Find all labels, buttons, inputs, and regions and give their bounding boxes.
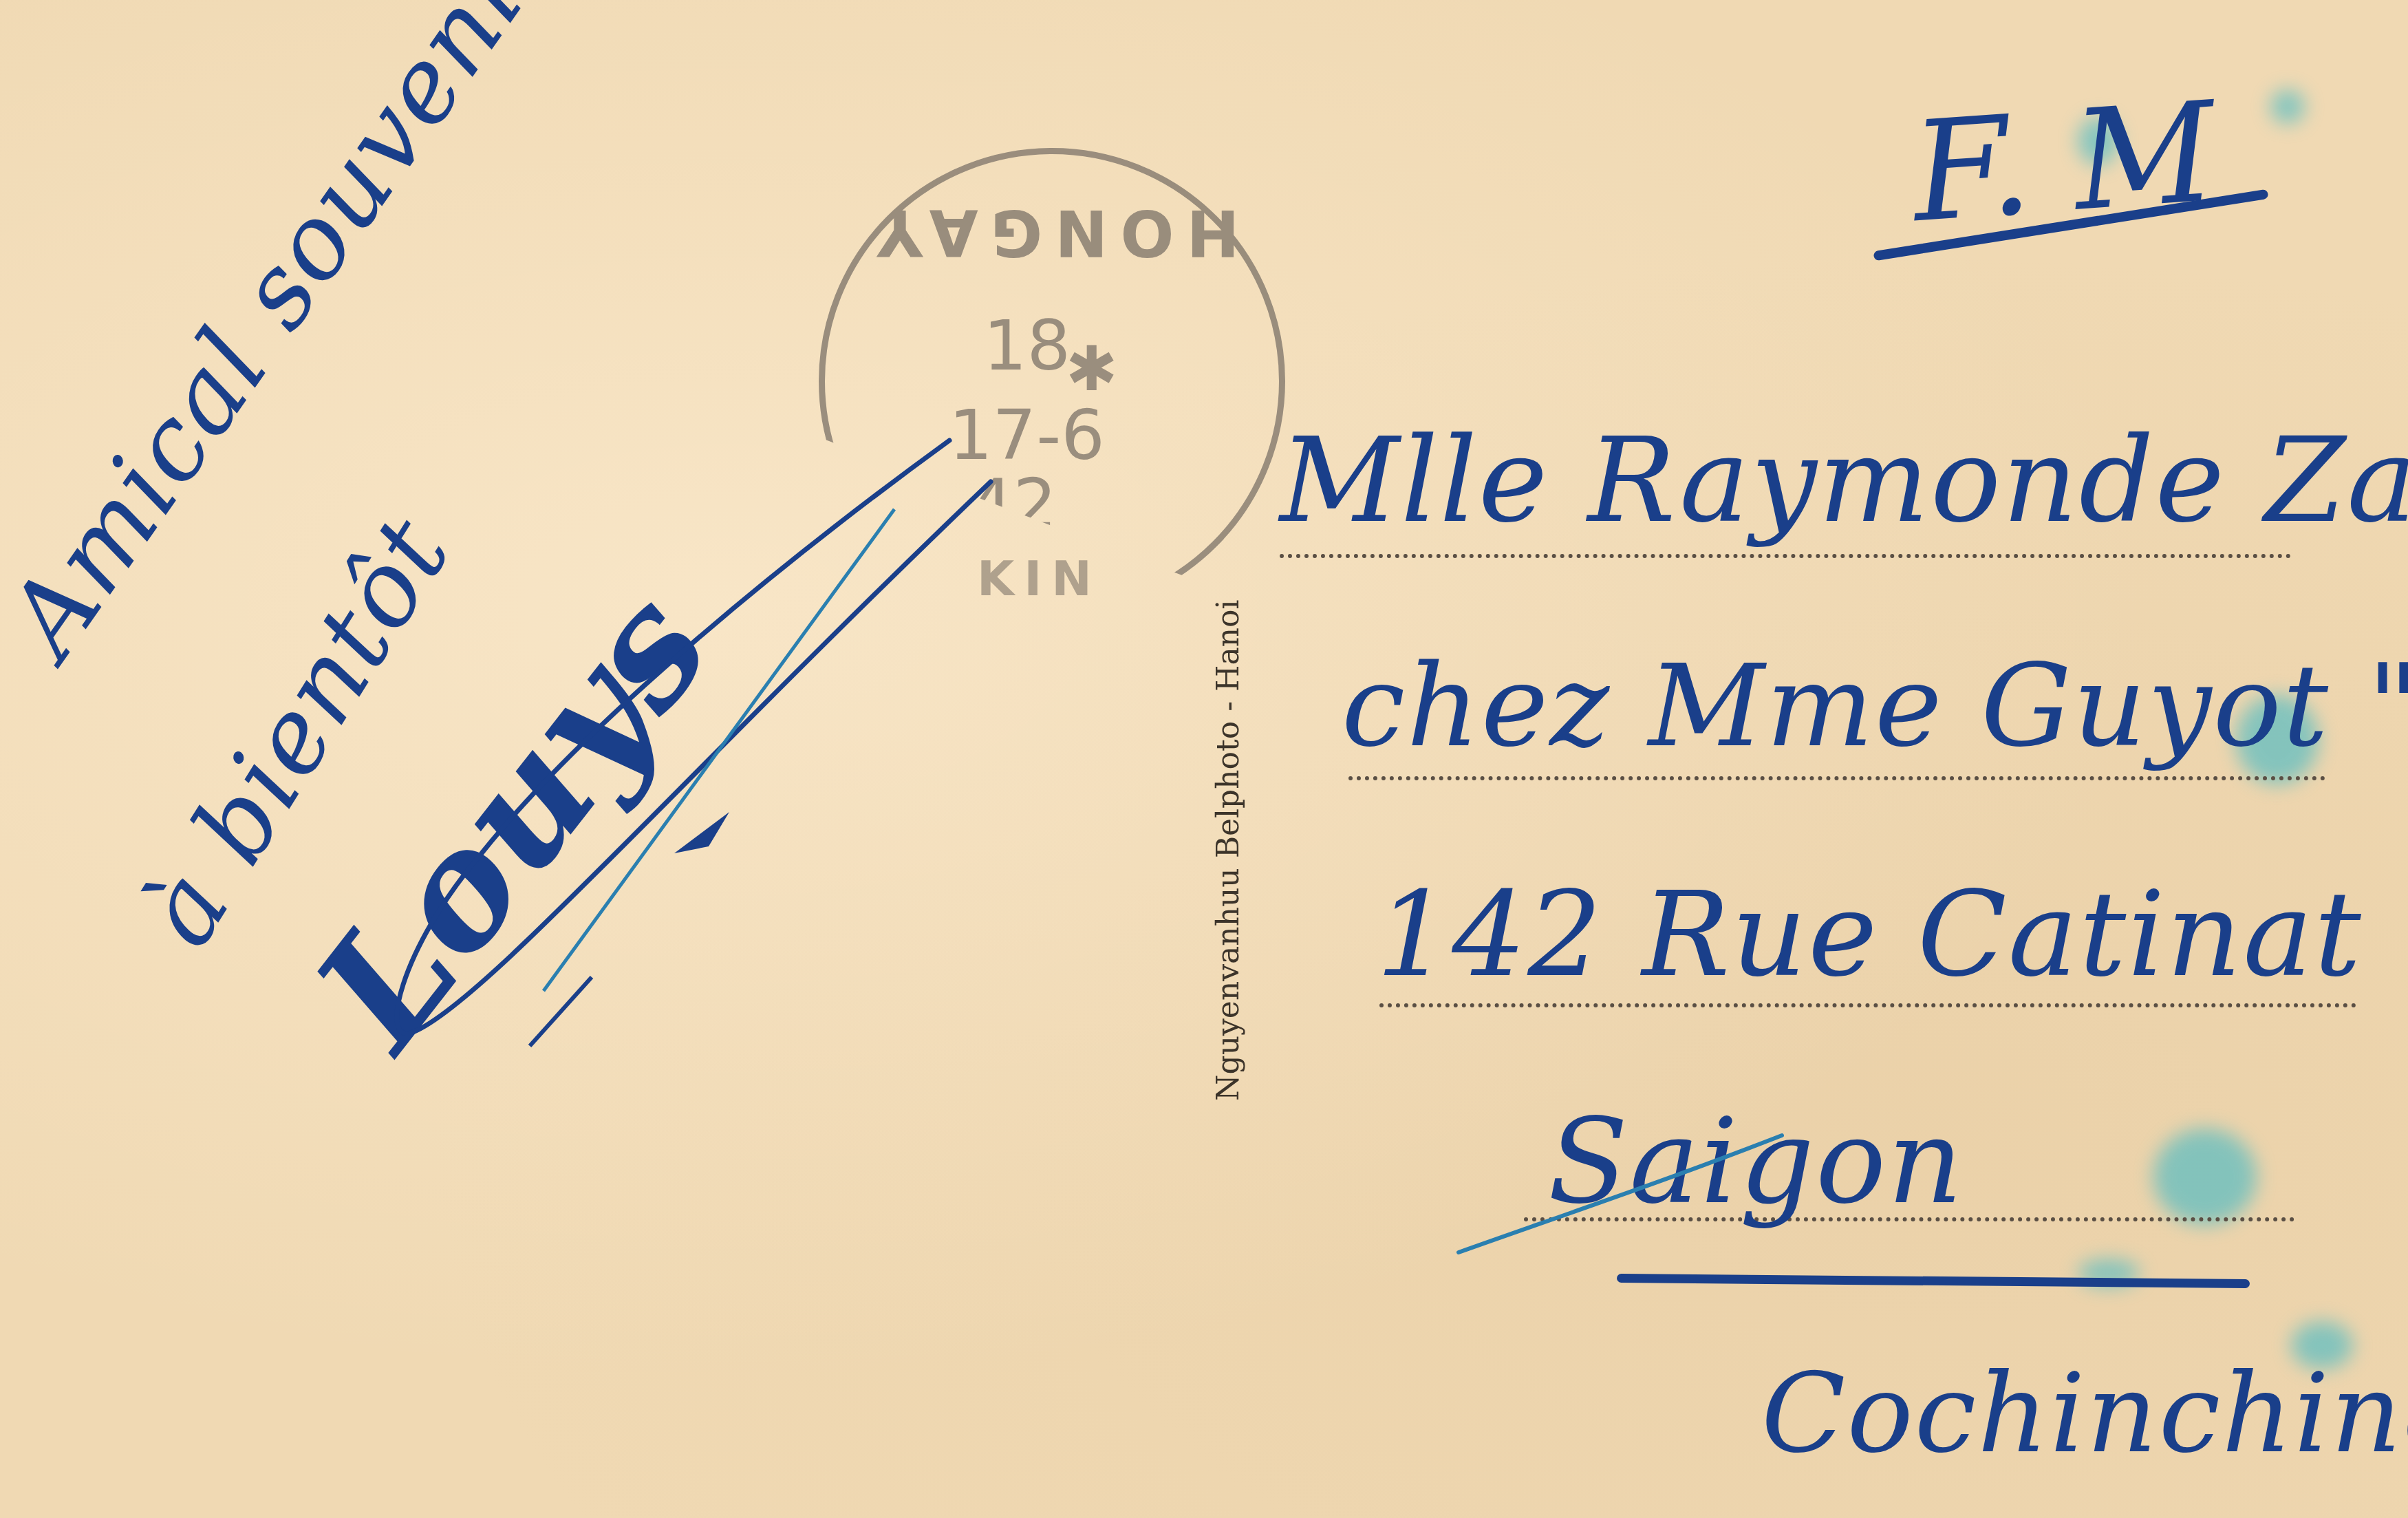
postmark-town: HONGAY <box>825 195 1279 269</box>
address-rule <box>1348 776 2325 780</box>
ink-blot <box>2153 1129 2257 1225</box>
city-underline <box>1617 1274 2250 1288</box>
address-street: 142 Rue Catinat <box>1376 867 2363 1003</box>
postmark-hour: 18 <box>983 306 1071 386</box>
publisher-imprint: Nguyenvanhuu Belphoto - Hanoi <box>1211 599 1246 1101</box>
address-recipient: Mlle Raymonde Zaïbo <box>1280 413 2408 549</box>
address-rule <box>1379 1003 2356 1007</box>
address-care-of: chez Mme Guyot "coiffeuse" <box>1342 640 2408 772</box>
ink-blot <box>2270 89 2305 124</box>
address-region: Cochinchine <box>1761 1349 2408 1477</box>
city-flourish-icon <box>1452 1122 1796 1259</box>
signature-flourish-icon <box>385 427 1004 1115</box>
postcard-back: F. M HONGAY 18 ✱ 17-6 42 KIN Amical souv… <box>0 0 2408 1518</box>
address-rule <box>1280 554 2291 558</box>
